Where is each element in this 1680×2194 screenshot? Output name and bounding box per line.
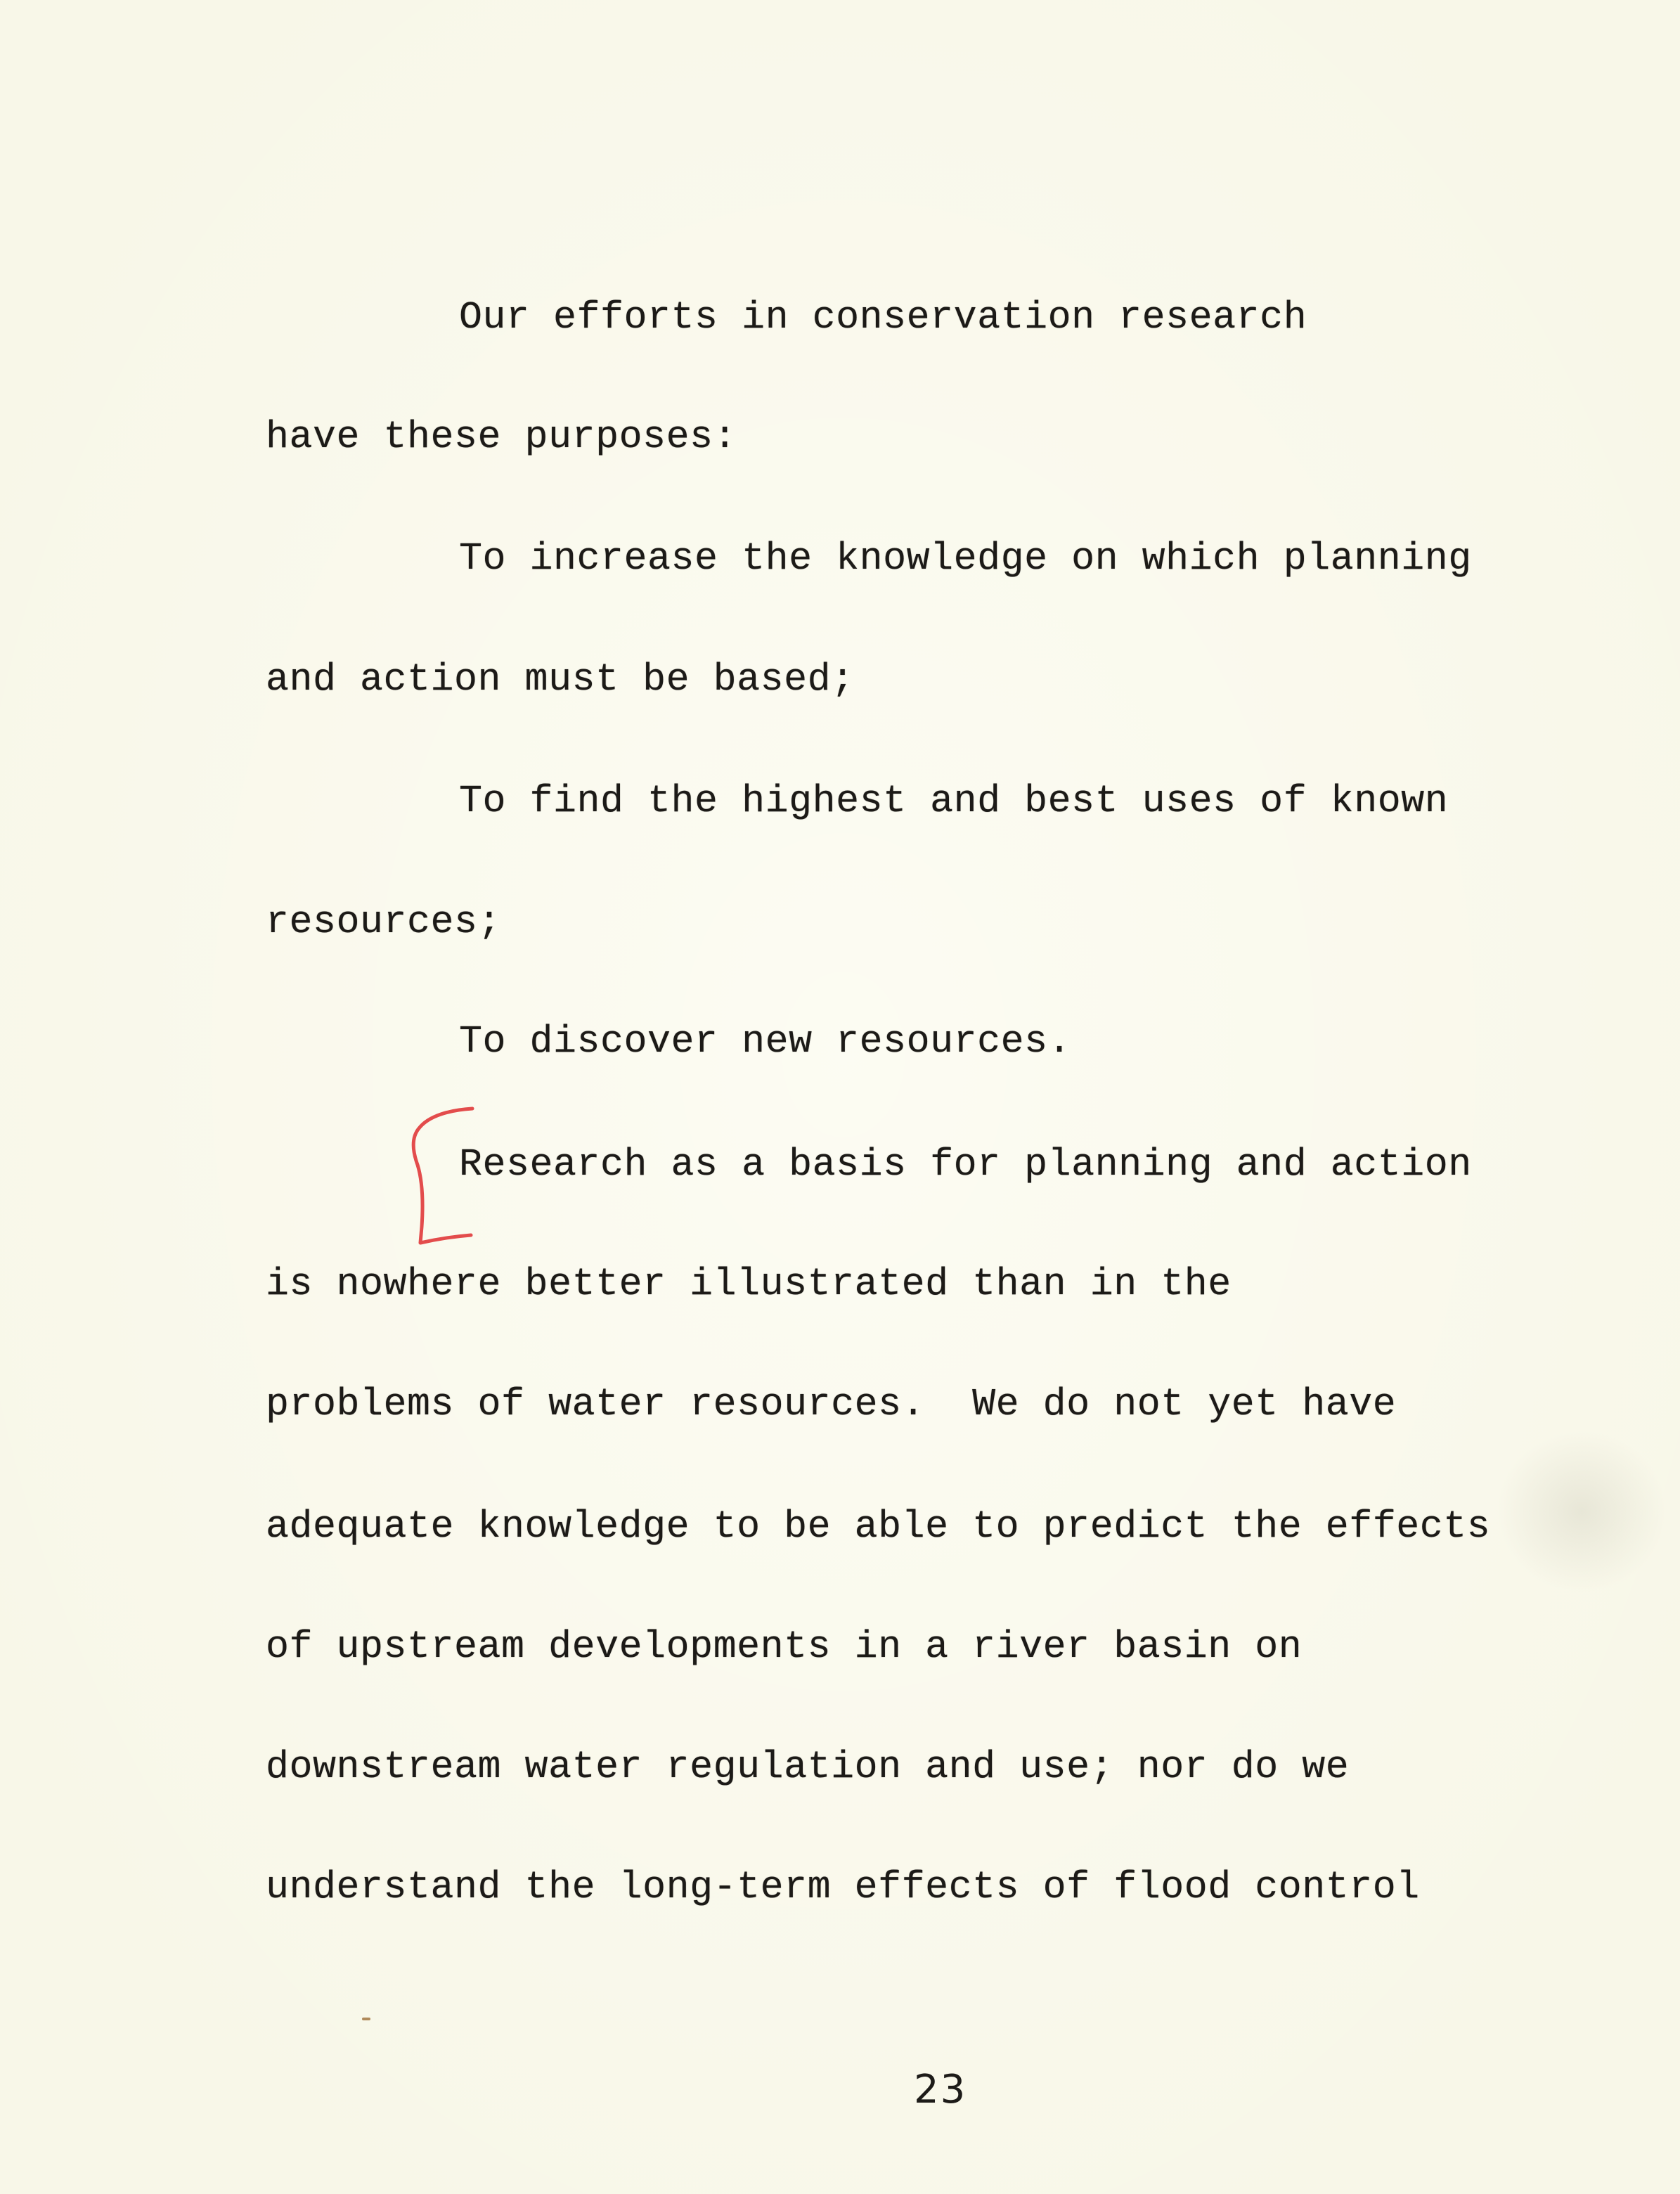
- text-line: downstream water regulation and use; nor…: [266, 1746, 1349, 1788]
- text-line: have these purposes:: [266, 416, 737, 458]
- red-bracket-annotation: [394, 1100, 492, 1255]
- text-line: problems of water resources. We do not y…: [266, 1383, 1396, 1426]
- text-line: To increase the knowledge on which plann…: [459, 538, 1472, 580]
- text-line: adequate knowledge to be able to predict…: [266, 1506, 1490, 1548]
- text-line: understand the long-term effects of floo…: [266, 1866, 1420, 1909]
- paper-speck: [362, 2018, 370, 2020]
- text-line: resources;: [266, 901, 501, 943]
- text-line: of upstream developments in a river basi…: [266, 1626, 1302, 1668]
- page-number: 23: [914, 2067, 967, 2112]
- text-line: Our efforts in conservation research: [459, 297, 1307, 339]
- text-line: and action must be based;: [266, 659, 855, 701]
- text-line: Research as a basis for planning and act…: [459, 1144, 1472, 1186]
- text-line: is nowhere better illustrated than in th…: [266, 1263, 1232, 1305]
- text-line: To discover new resources.: [459, 1021, 1071, 1063]
- text-line: To find the highest and best uses of kno…: [459, 780, 1448, 822]
